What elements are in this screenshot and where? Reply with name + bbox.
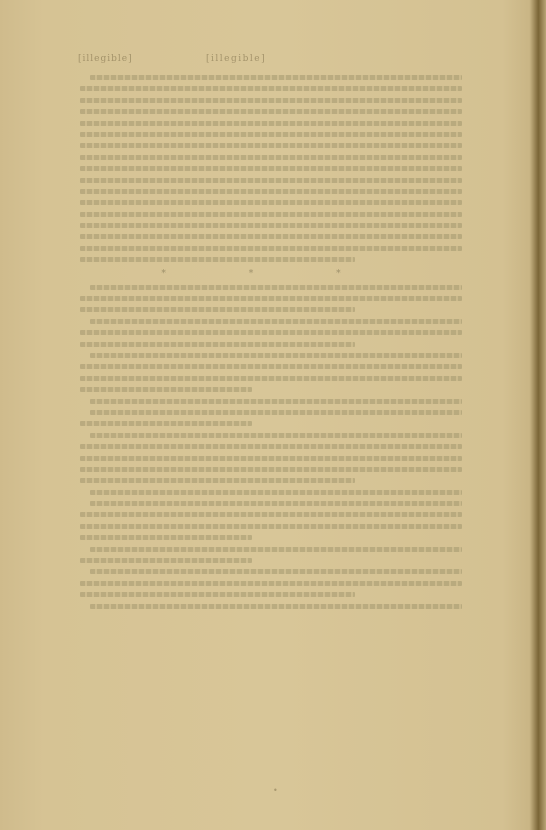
line-text: [illegible]: [80, 418, 462, 429]
line-text: [illegible]: [80, 384, 462, 395]
text-line: [illegible]: [80, 361, 462, 372]
line-text: [illegible]: [80, 209, 462, 220]
line-text: [illegible]: [80, 532, 462, 543]
line-text: [illegible]: [80, 373, 462, 384]
line-text: [illegible]: [80, 72, 462, 83]
text-line: [illegible]: [80, 327, 462, 338]
line-text: [illegible]: [80, 361, 462, 372]
line-text: [illegible]: [80, 566, 462, 577]
text-line: [illegible]: [80, 464, 462, 475]
text-line: [illegible]: [80, 475, 462, 486]
line-text: [illegible]: [80, 487, 462, 498]
text-line: [illegible]: [80, 152, 462, 163]
line-text: [illegible]: [80, 152, 462, 163]
line-text: [illegible]: [80, 601, 462, 612]
text-line: [illegible]: [80, 407, 462, 418]
text-line: [illegible]: [80, 83, 462, 94]
text-line: [illegible]: [80, 140, 462, 151]
text-line: [illegible]: [80, 430, 462, 441]
text-line: [illegible]: [80, 106, 462, 117]
page-body: [illegible][illegible][illegible][illegi…: [80, 72, 462, 612]
text-line: [illegible]: [80, 373, 462, 384]
line-text: [illegible]: [80, 327, 462, 338]
line-text: [illegible]: [80, 83, 462, 94]
text-line: [illegible]: [80, 186, 462, 197]
text-line: [illegible]: [80, 304, 462, 315]
line-text: [illegible]: [80, 475, 462, 486]
line-text: [illegible]: [80, 106, 462, 117]
line-text: [illegible]: [80, 316, 462, 327]
line-text: [illegible]: [80, 95, 462, 106]
line-text: [illegible]: [80, 140, 462, 151]
line-text: [illegible]: [80, 129, 462, 140]
text-line: [illegible]: [80, 163, 462, 174]
line-text: [illegible]: [80, 396, 462, 407]
line-text: [illegible]: [80, 339, 462, 350]
line-text: [illegible]: [80, 197, 462, 208]
text-line: [illegible]: [80, 532, 462, 543]
text-line: [illegible]: [80, 555, 462, 566]
text-line: [illegible]: [80, 350, 462, 361]
page-number: [illegible]: [78, 54, 133, 64]
line-text: [illegible]: [80, 464, 462, 475]
line-text: [illegible]: [80, 453, 462, 464]
text-line: [illegible]: [80, 498, 462, 509]
text-line: [illegible]: [80, 118, 462, 129]
line-text: [illegible]: [80, 544, 462, 555]
text-line: [illegible]: [80, 231, 462, 242]
text-line: [illegible]: [80, 339, 462, 350]
line-text: [illegible]: [80, 254, 462, 265]
line-text: [illegible]: [80, 282, 462, 293]
text-line: [illegible]: [80, 293, 462, 304]
bottom-mark: •: [273, 786, 278, 795]
text-line: [illegible]: [80, 453, 462, 464]
line-text: [illegible]: [80, 441, 462, 452]
text-line: [illegible]: [80, 72, 462, 83]
line-text: [illegible]: [80, 350, 462, 361]
line-text: [illegible]: [80, 243, 462, 254]
text-line: [illegible]: [80, 384, 462, 395]
text-line: [illegible]: [80, 197, 462, 208]
section-divider: * * *: [80, 266, 462, 282]
line-text: [illegible]: [80, 304, 462, 315]
line-text: [illegible]: [80, 430, 462, 441]
line-text: [illegible]: [80, 293, 462, 304]
line-text: [illegible]: [80, 220, 462, 231]
line-text: [illegible]: [80, 175, 462, 186]
line-text: [illegible]: [80, 118, 462, 129]
text-line: [illegible]: [80, 487, 462, 498]
text-line: [illegible]: [80, 578, 462, 589]
text-line: [illegible]: [80, 566, 462, 577]
line-text: [illegible]: [80, 163, 462, 174]
text-line: [illegible]: [80, 544, 462, 555]
line-text: [illegible]: [80, 589, 462, 600]
text-line: [illegible]: [80, 418, 462, 429]
text-line: [illegible]: [80, 129, 462, 140]
text-line: [illegible]: [80, 601, 462, 612]
text-line: [illegible]: [80, 509, 462, 520]
line-text: [illegible]: [80, 498, 462, 509]
text-line: [illegible]: [80, 521, 462, 532]
text-line: [illegible]: [80, 396, 462, 407]
text-line: [illegible]: [80, 175, 462, 186]
text-line: [illegible]: [80, 589, 462, 600]
text-line: [illegible]: [80, 254, 462, 265]
line-text: [illegible]: [80, 186, 462, 197]
line-text: [illegible]: [80, 578, 462, 589]
line-text: [illegible]: [80, 509, 462, 520]
line-text: [illegible]: [80, 407, 462, 418]
text-line: [illegible]: [80, 316, 462, 327]
book-page: [illegible] [illegible] [illegible][ille…: [0, 0, 546, 830]
text-line: [illegible]: [80, 243, 462, 254]
text-line: [illegible]: [80, 282, 462, 293]
line-text: [illegible]: [80, 555, 462, 566]
page-header: [illegible] [illegible]: [78, 54, 470, 68]
running-head: [illegible]: [206, 54, 266, 64]
line-text: [illegible]: [80, 231, 462, 242]
text-line: [illegible]: [80, 209, 462, 220]
text-line: [illegible]: [80, 95, 462, 106]
line-text: [illegible]: [80, 521, 462, 532]
text-line: [illegible]: [80, 441, 462, 452]
text-line: [illegible]: [80, 220, 462, 231]
